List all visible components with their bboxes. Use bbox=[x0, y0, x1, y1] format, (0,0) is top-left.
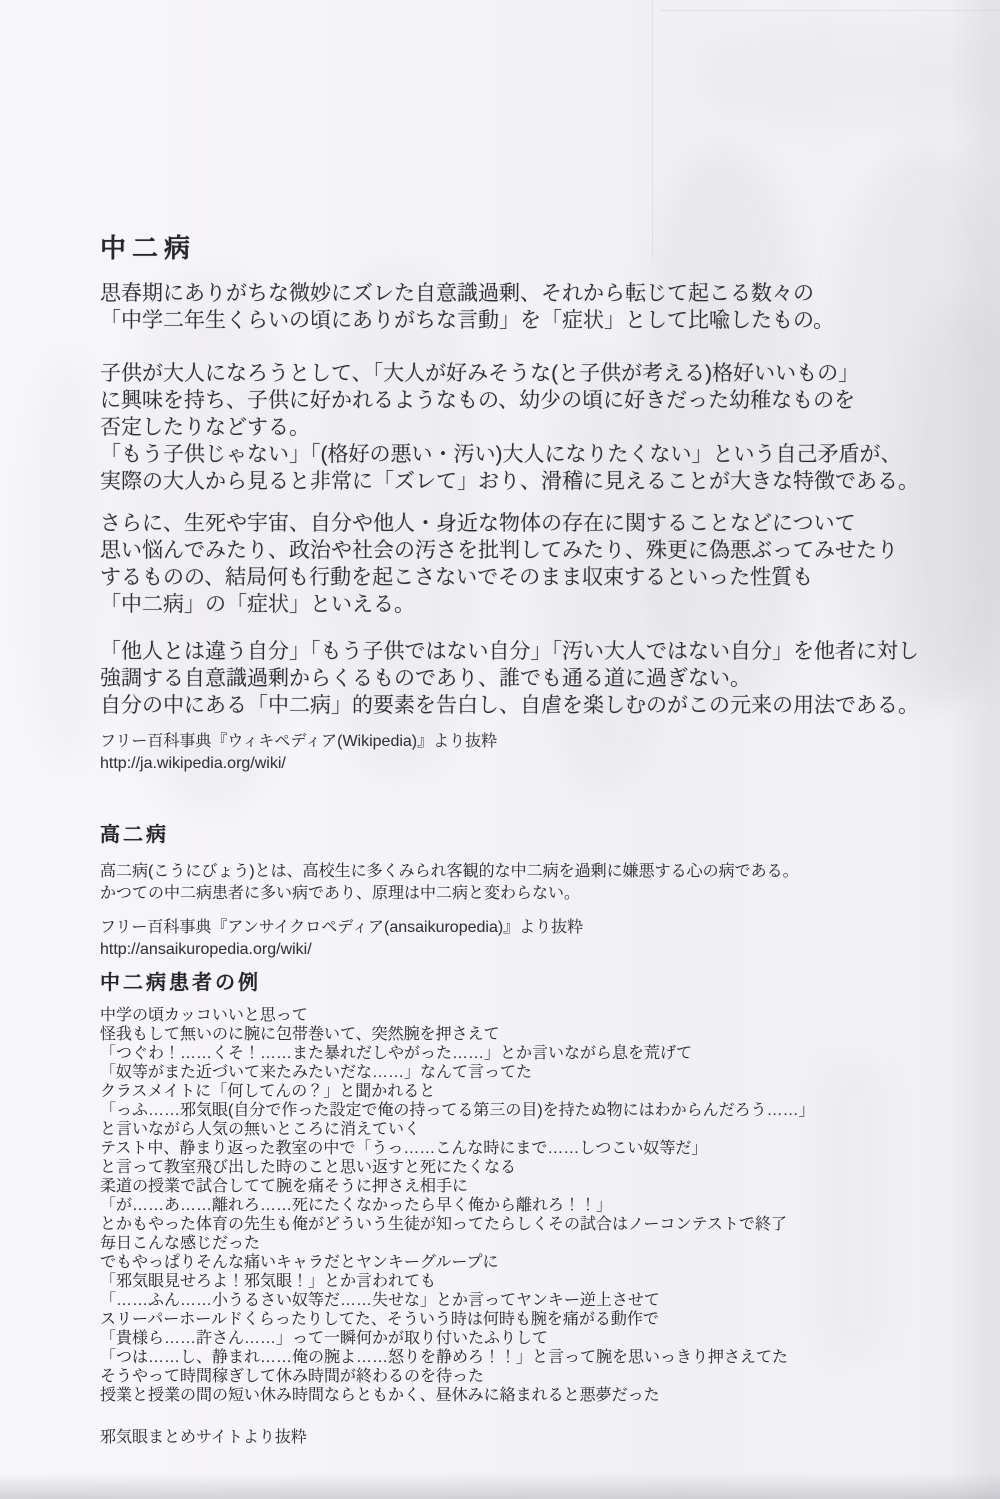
text-line: 「……ふん……小うるさい奴等だ……失せな」とか言ってヤンキー逆上させて bbox=[100, 1291, 815, 1310]
text-line: 「が……あ……離れろ……死にたくなかったら早く俺から離れろ！！」 bbox=[100, 1196, 815, 1215]
bleedthrough-panel-border bbox=[652, 0, 653, 258]
bleedthrough-figure bbox=[700, 20, 1000, 130]
text-line: スリーパーホールドくらったりしてた、そういう時は何時も腕を痛がる動作で bbox=[100, 1310, 815, 1329]
bleedthrough-panel-border bbox=[660, 10, 1000, 11]
text-line: と言って教室飛び出した時のこと思い返すと死にたくなる bbox=[100, 1158, 815, 1177]
text-line: クラスメイトに「何してんの？」と聞かれると bbox=[100, 1082, 815, 1101]
text-line: http://ansaikuropedia.org/wiki/ bbox=[100, 939, 583, 961]
text-line: 高二病(こうにびょう)とは、高校生に多くみられ客観的な中二病を過剰に嫌悪する心の… bbox=[100, 861, 799, 883]
text-line: 「中学二年生くらいの頃にありがちな言動」を「症状」として比喩したもの。 bbox=[100, 307, 834, 334]
text-line: 「中二病」の「症状」といえる。 bbox=[100, 591, 898, 618]
text-line: フリー百科事典『アンサイクロペディア(ansaikuropedia)』より抜粋 bbox=[100, 917, 583, 939]
scan-shadow-right bbox=[948, 0, 1000, 1499]
text-line: 「っふ……邪気眼(自分で作った設定で俺の持ってる第三の目)を持たぬ物にはわからん… bbox=[100, 1101, 815, 1120]
text-line: するものの、結局何も行動を起こさないでそのまま収束するといった性質も bbox=[100, 564, 898, 591]
scanned-page: 中二病 思春期にありがちな微妙にズレた自意識過剰、それから転じて起こる数々の「中… bbox=[0, 0, 1000, 1499]
text-line: と言いながら人気の無いところに消えていく bbox=[100, 1120, 815, 1139]
text-line: 柔道の授業で試合してて腕を痛そうに押さえ相手に bbox=[100, 1177, 815, 1196]
text-line: 思い悩んでみたり、政治や社会の汚さを批判してみたり、殊更に偽悪ぶってみせたり bbox=[100, 537, 898, 564]
source-attribution-ansaikuropedia: フリー百科事典『アンサイクロペディア(ansaikuropedia)』より抜粋h… bbox=[100, 917, 583, 961]
section-title-chuunibyou: 中二病 bbox=[100, 228, 196, 265]
text-line: かつての中二病患者に多い病であり、原理は中二病と変わらない。 bbox=[100, 883, 799, 905]
text-line: テスト中、静まり返った教室の中で「うっ……こんな時にまで……しつこい奴等だ」 bbox=[100, 1139, 815, 1158]
text-line: 否定したりなどする。 bbox=[100, 414, 919, 441]
text-line: 思春期にありがちな微妙にズレた自意識過剰、それから転じて起こる数々の bbox=[100, 280, 834, 307]
source-attribution-wikipedia: フリー百科事典『ウィキペディア(Wikipedia)』より抜粋http://ja… bbox=[100, 731, 497, 775]
text-line: 自分の中にある「中二病」的要素を告白し、自虐を楽しむのがこの元来の用法である。 bbox=[100, 692, 919, 719]
paragraph: 思春期にありがちな微妙にズレた自意識過剰、それから転じて起こる数々の「中学二年生… bbox=[100, 280, 834, 334]
text-line: 実際の大人から見ると非常に「ズレて」おり、滑稽に見えることが大きな特徴である。 bbox=[100, 468, 919, 495]
paragraph: 子供が大人になろうとして、「大人が好みそうな(と子供が考える)格好いいもの」に興… bbox=[100, 360, 919, 495]
text-line: 「つは……し、静まれ……俺の腕よ……怒りを静めろ！！」と言って腕を思いっきり押さ… bbox=[100, 1348, 815, 1367]
text-line: そうやって時間稼ぎして休み時間が終わるのを待った bbox=[100, 1367, 815, 1386]
text-line: 強調する自意識過剰からくるものであり、誰でも通る道に過ぎない。 bbox=[100, 665, 919, 692]
text-line: 「他人とは違う自分」「もう子供ではない自分」「汚い大人ではない自分」を他者に対し bbox=[100, 638, 919, 665]
text-line: フリー百科事典『ウィキペディア(Wikipedia)』より抜粋 bbox=[100, 731, 497, 753]
paragraph: 高二病(こうにびょう)とは、高校生に多くみられ客観的な中二病を過剰に嫌悪する心の… bbox=[100, 861, 799, 905]
text-line: 「もう子供じゃない」「(格好の悪い・汚い)大人になりたくない」という自己矛盾が、 bbox=[100, 441, 919, 468]
text-line: 毎日こんな感じだった bbox=[100, 1234, 815, 1253]
paragraph: さらに、生死や宇宙、自分や他人・身近な物体の存在に関することなどについて思い悩ん… bbox=[100, 510, 898, 618]
text-line: 子供が大人になろうとして、「大人が好みそうな(と子供が考える)格好いいもの」 bbox=[100, 360, 919, 387]
text-line: に興味を持ち、子供に好かれるようなもの、幼少の頃に好きだった幼稚なものを bbox=[100, 387, 919, 414]
text-line: 「つぐわ！……くそ！……また暴れだしやがった……」とか言いながら息を荒げて bbox=[100, 1044, 815, 1063]
bleedthrough-text-column bbox=[820, 1060, 890, 1360]
bleedthrough-figure bbox=[20, 360, 110, 760]
examples-list: 中学の頃カッコいいと思って怪我もして無いのに腕に包帯巻いて、突然腕を押さえて「つ… bbox=[100, 1006, 815, 1405]
text-line: 怪我もして無いのに腕に包帯巻いて、突然腕を押さえて bbox=[100, 1025, 815, 1044]
text-line: 「貴様ら……許さん……」って一瞬何かが取り付いたふりして bbox=[100, 1329, 815, 1348]
scan-shadow-bottom bbox=[0, 1473, 1000, 1499]
source-attribution-jakigan: 邪気眼まとめサイトより抜粋 bbox=[100, 1424, 307, 1447]
section-title-kounibyou: 高二病 bbox=[100, 818, 169, 847]
paragraph: 「他人とは違う自分」「もう子供ではない自分」「汚い大人ではない自分」を他者に対し… bbox=[100, 638, 919, 719]
text-line: 中学の頃カッコいいと思って bbox=[100, 1006, 815, 1025]
text-line: 「邪気眼見せろよ！邪気眼！」とか言われても bbox=[100, 1272, 815, 1291]
text-line: http://ja.wikipedia.org/wiki/ bbox=[100, 753, 497, 775]
text-line: さらに、生死や宇宙、自分や他人・身近な物体の存在に関することなどについて bbox=[100, 510, 898, 537]
text-line: 「奴等がまた近づいて来たみたいだな……」なんて言ってた bbox=[100, 1063, 815, 1082]
text-line: とかもやった体育の先生も俺がどういう生徒が知ってたらしくその試合はノーコンテスト… bbox=[100, 1215, 815, 1234]
text-line: 授業と授業の間の短い休み時間ならともかく、昼休みに絡まれると悪夢だった bbox=[100, 1386, 815, 1405]
text-line: でもやっぱりそんな痛いキャラだとヤンキーグループに bbox=[100, 1253, 815, 1272]
section-title-examples: 中二病患者の例 bbox=[100, 966, 261, 995]
